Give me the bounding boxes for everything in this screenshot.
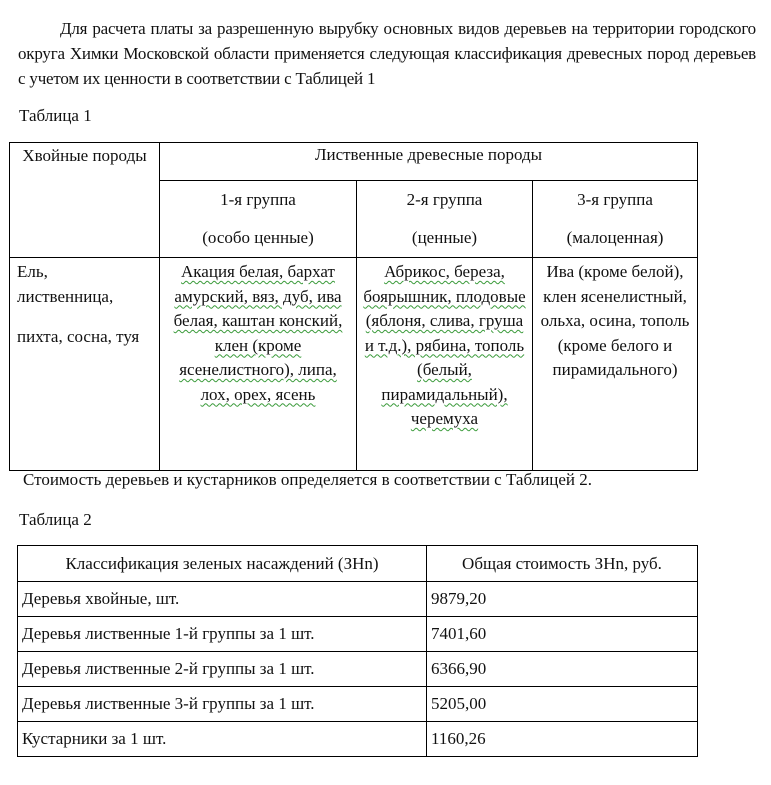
row-label: Деревья хвойные, шт.	[18, 582, 427, 617]
cost-note: Стоимость деревьев и кустарников определ…	[23, 470, 592, 490]
deciduous-header: Лиственные древесные породы	[160, 143, 698, 181]
row-label: Деревья лиственные 2-й группы за 1 шт.	[18, 652, 427, 687]
conifer-species-line: лиственница,	[17, 285, 156, 310]
table-row: Деревья лиственные 3-й группы за 1 шт. 5…	[18, 687, 698, 722]
group2-species-text: Абрикос, береза, боярышник, плодовые (яб…	[363, 262, 525, 428]
row-value: 5205,00	[427, 687, 698, 722]
row-label: Кустарники за 1 шт.	[18, 722, 427, 757]
conifer-header: Хвойные породы	[10, 143, 160, 258]
table-row: Деревья лиственные 2-й группы за 1 шт. 6…	[18, 652, 698, 687]
table-row: Деревья хвойные, шт. 9879,20	[18, 582, 698, 617]
classification-column-header: Классификация зеленых насаждений (ЗНn)	[18, 546, 427, 582]
group3-header: 3-я группа (малоценная)	[533, 181, 698, 258]
table-row: Деревья лиственные 1-й группы за 1 шт. 7…	[18, 617, 698, 652]
group2-header: 2-я группа (ценные)	[357, 181, 533, 258]
group2-subtitle: (ценные)	[360, 219, 529, 257]
group3-subtitle: (малоценная)	[536, 219, 694, 257]
table2-caption: Таблица 2	[19, 510, 92, 530]
tree-classification-table: Хвойные породы Лиственные древесные поро…	[9, 142, 698, 471]
conifer-species-cell: Ель, лиственница, пихта, сосна, туя	[10, 258, 160, 471]
group2-species-cell: Абрикос, береза, боярышник, плодовые (яб…	[357, 258, 533, 471]
group3-species-cell: Ива (кроме белой), клен ясенелистный, ол…	[533, 258, 698, 471]
row-value: 1160,26	[427, 722, 698, 757]
row-value: 7401,60	[427, 617, 698, 652]
group1-subtitle: (особо ценные)	[163, 219, 353, 257]
group3-name: 3-я группа	[536, 181, 694, 219]
group2-name: 2-я группа	[360, 181, 529, 219]
table1-caption: Таблица 1	[19, 106, 92, 126]
group1-header: 1-я группа (особо ценные)	[160, 181, 357, 258]
row-value: 9879,20	[427, 582, 698, 617]
group1-species-text: Акация белая, бархат амурский, вяз, дуб,…	[174, 262, 343, 404]
group3-species-text: Ива (кроме белой), клен ясенелистный, ол…	[541, 262, 690, 379]
row-value: 6366,90	[427, 652, 698, 687]
group1-name: 1-я группа	[163, 181, 353, 219]
intro-paragraph: Для расчета платы за разрешенную вырубку…	[18, 16, 756, 91]
row-label: Деревья лиственные 3-й группы за 1 шт.	[18, 687, 427, 722]
conifer-species-line: Ель,	[17, 260, 156, 285]
table-row: Кустарники за 1 шт. 1160,26	[18, 722, 698, 757]
group1-species-cell: Акация белая, бархат амурский, вяз, дуб,…	[160, 258, 357, 471]
cost-table-header-row: Классификация зеленых насаждений (ЗНn) О…	[18, 546, 698, 582]
row-label: Деревья лиственные 1-й группы за 1 шт.	[18, 617, 427, 652]
cost-column-header: Общая стоимость ЗНn, руб.	[427, 546, 698, 582]
cost-table: Классификация зеленых насаждений (ЗНn) О…	[17, 545, 698, 757]
conifer-species-line: пихта, сосна, туя	[17, 325, 156, 350]
